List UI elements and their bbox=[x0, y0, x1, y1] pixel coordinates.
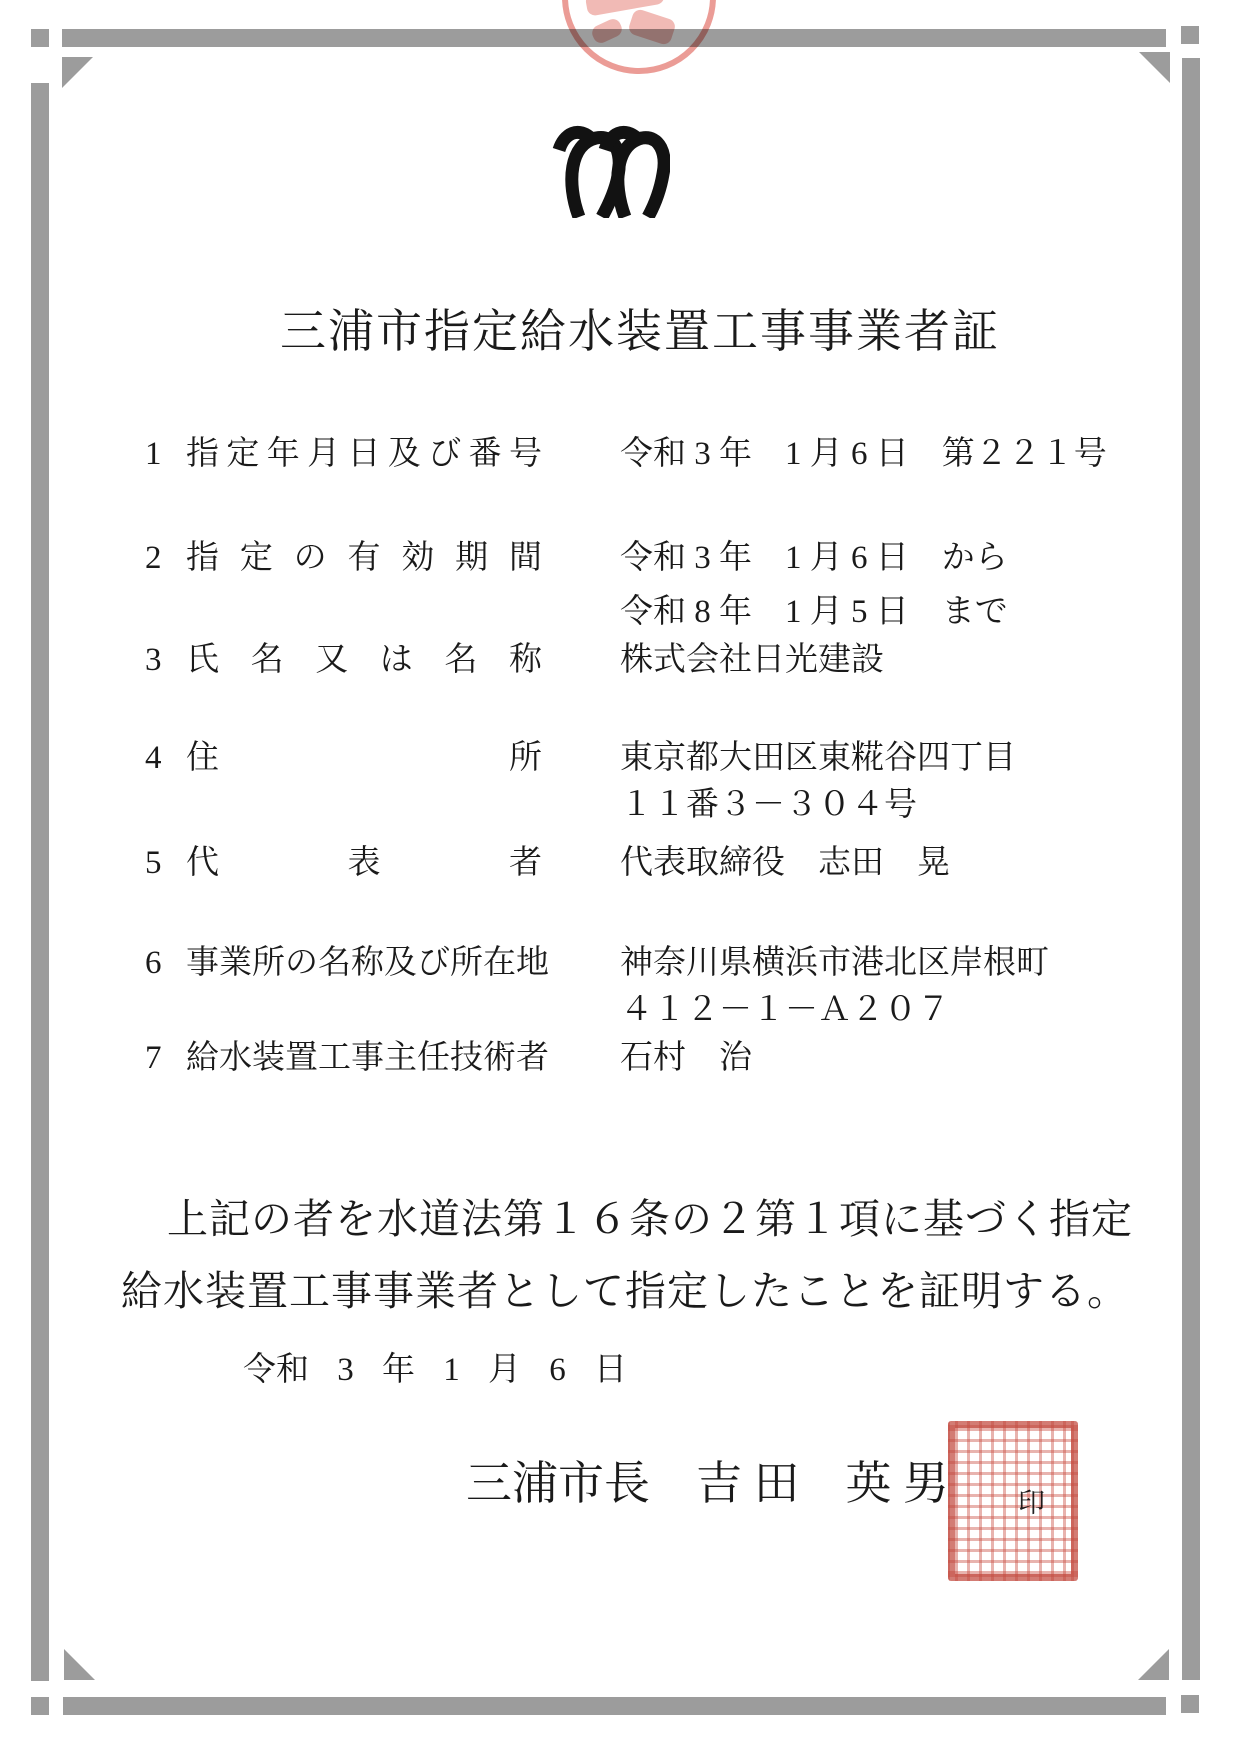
item4-value-line1: 東京都大田区東糀谷四丁目 bbox=[620, 740, 1016, 778]
item4-value-line2: １１番３－３０４号 bbox=[620, 787, 917, 825]
item6-value-line2: ４１２－１－Ａ２０７ bbox=[620, 992, 950, 1030]
item3-label: 氏名又は名称 bbox=[186, 642, 542, 680]
item1-number: 1 bbox=[145, 436, 162, 474]
frame-corner-square-br bbox=[1181, 1695, 1199, 1713]
item7-number: 7 bbox=[145, 1040, 162, 1078]
frame-right-bar bbox=[1182, 58, 1200, 1680]
frame-corner-triangle-tr bbox=[1139, 52, 1170, 83]
item3-number: 3 bbox=[145, 642, 162, 680]
frame-bottom-bar bbox=[63, 1697, 1166, 1715]
issuer-signature: 三浦市長 吉 田 英 男 bbox=[466, 1458, 949, 1511]
miura-city-emblem-icon bbox=[552, 114, 670, 218]
item1-label: 指定年月日及び番号 bbox=[186, 436, 542, 474]
stamp-texture bbox=[627, 8, 677, 46]
item2-label: 指定の有効期間 bbox=[186, 540, 542, 578]
item2-number: 2 bbox=[145, 540, 162, 578]
item4-number: 4 bbox=[145, 740, 162, 778]
item7-value: 石村 治 bbox=[620, 1040, 752, 1078]
item5-value: 代表取締役 志田 晃 bbox=[620, 845, 950, 883]
stamp-texture bbox=[590, 17, 625, 46]
frame-corner-triangle-br bbox=[1138, 1649, 1169, 1680]
frame-corner-square-tl bbox=[31, 29, 49, 47]
item6-label: 事業所の名称及び所在地 bbox=[186, 945, 542, 983]
frame-corner-triangle-tl bbox=[62, 57, 93, 88]
frame-corner-triangle-bl bbox=[64, 1649, 95, 1680]
statement-line1: 上記の者を水道法第１６条の２第１項に基づく指定 bbox=[121, 1196, 1133, 1243]
item5-label: 代表者 bbox=[186, 845, 542, 883]
item6-value-line1: 神奈川県横浜市港北区岸根町 bbox=[620, 945, 1049, 983]
item7-label: 給水装置工事主任技術者 bbox=[186, 1040, 542, 1078]
item6-number: 6 bbox=[145, 945, 162, 983]
item2-value-line1: 令和 3 年 1 月 6 日 から bbox=[620, 540, 1008, 578]
item3-value: 株式会社日光建設 bbox=[620, 642, 884, 680]
square-red-seal-icon bbox=[948, 1421, 1078, 1581]
item1-value: 令和 3 年 1 月 6 日 第２２１号 bbox=[620, 436, 1107, 474]
item4-label: 住所 bbox=[186, 740, 542, 778]
round-red-stamp-icon bbox=[562, 0, 716, 74]
certificate-page: 三浦市指定給水装置工事事業者証 1 指定年月日及び番号 令和 3 年 1 月 6… bbox=[0, 0, 1240, 1753]
statement-line2: 給水装置工事事業者として指定したことを証明する。 bbox=[121, 1268, 1129, 1315]
item2-value-line2: 令和 8 年 1 月 5 日 まで bbox=[620, 594, 1008, 632]
frame-corner-square-bl bbox=[31, 1697, 49, 1715]
certificate-title: 三浦市指定給水装置工事事業者証 bbox=[40, 306, 1240, 359]
frame-corner-square-tr bbox=[1181, 26, 1199, 44]
item5-number: 5 bbox=[145, 845, 162, 883]
issue-date: 令和 3 年 1 月 6 日 bbox=[243, 1352, 627, 1390]
